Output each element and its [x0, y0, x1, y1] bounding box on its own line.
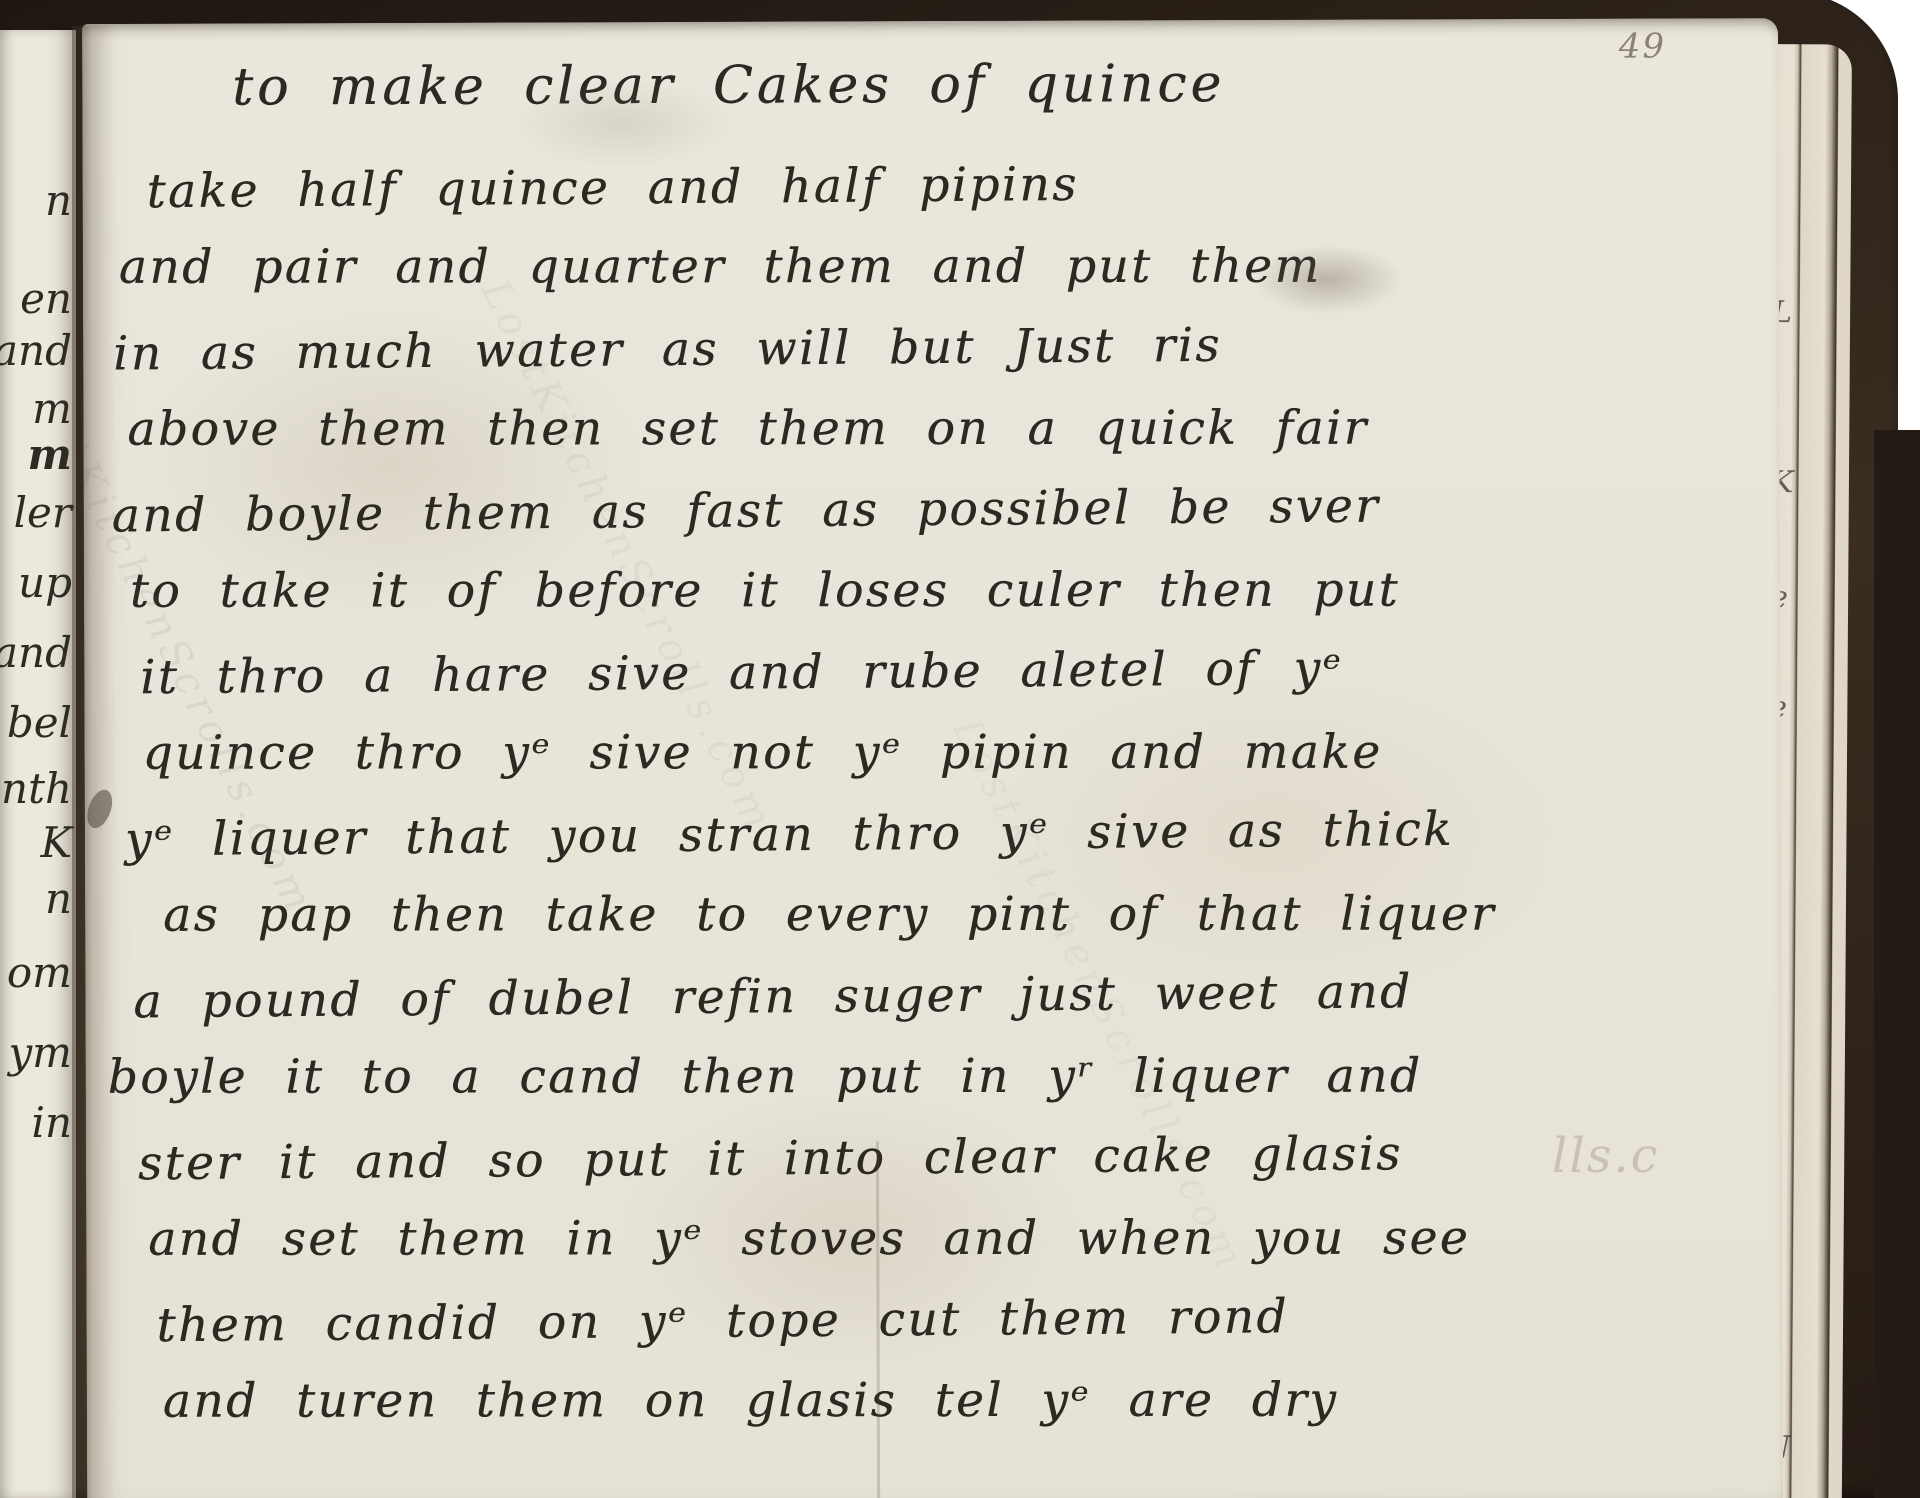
recipe-line: and boyle them as fast as possibel be sv… [83, 462, 1780, 556]
paper-smudge [512, 78, 732, 169]
previous-page-ink-fragment: ym [8, 1032, 72, 1074]
recipe-line: ster it and so put it into clear cake gl… [86, 1110, 1783, 1204]
recipe-line: quince thro yᵉ sive not yᵉ pipin and mak… [85, 711, 1781, 793]
previous-page-ink-fragment: m [32, 388, 72, 430]
previous-page-edge: nenandmmlerupandbelnthKnomymin [0, 30, 76, 1498]
ink-smudge [1253, 244, 1403, 315]
previous-page-ink-fragment: and [0, 330, 72, 372]
previous-page-ink-fragment: m [28, 434, 72, 476]
recipe-line: a pound of dubel refin suger just weet a… [85, 948, 1782, 1042]
recipe-line: and pair and quarter them and put them [83, 225, 1779, 307]
recipe-line: boyle it to a cand then put in yʳ liquer… [86, 1035, 1782, 1117]
recipe-line: and turen them on glasis tel yᵉ are dry [87, 1359, 1783, 1441]
previous-page-ink-fragment: K [41, 822, 72, 864]
recipe-line: above them then set them on a quick fair [83, 387, 1779, 469]
previous-page-ink-fragment: ler [14, 492, 72, 534]
page-number: 49 [1619, 26, 1666, 66]
previous-page-ink-fragment: n [45, 180, 72, 222]
manuscript-page: 49 to make clear Cakes of quince take ha… [82, 18, 1783, 1498]
recipe-line: to take it of before it loses culer then… [84, 549, 1780, 631]
recipe-title: to make clear Cakes of quince [232, 52, 1778, 117]
recipe-body: take half quince and half pipinsand pair… [82, 142, 1783, 1444]
recipe-line: yᵉ liquer that you stran thro yᵉ sive as… [85, 786, 1782, 880]
previous-page-ink-fragment: up [18, 562, 72, 604]
recipe-line: and set them in yᵉ stoves and when you s… [86, 1197, 1782, 1279]
previous-page-ink-fragment: bel [7, 702, 72, 744]
book-cover-edge [1874, 430, 1920, 1498]
previous-page-ink-fragment: nth [1, 768, 72, 810]
recipe-line: in as much water as will but Just ris [83, 300, 1780, 394]
previous-page-ink-fragment: en [20, 278, 72, 320]
previous-page-ink-fragment: om [7, 952, 72, 994]
recipe-line: as pap then take to every pint of that l… [85, 873, 1781, 955]
recipe-line: take half quince and half pipins [82, 138, 1779, 232]
recipe-line: it thro a hare sive and rube aletel of y… [84, 624, 1781, 718]
recipe-line: them candid on yᵉ tope cut them rond [86, 1272, 1783, 1366]
previous-page-ink-fragment: and [0, 632, 72, 674]
previous-page-ink-fragment: n [45, 878, 72, 920]
manuscript-photo: LKeeN nenandmmlerupandbelnthKnomymin 49 … [0, 0, 1920, 1498]
previous-page-ink-fragment: in [32, 1102, 72, 1144]
